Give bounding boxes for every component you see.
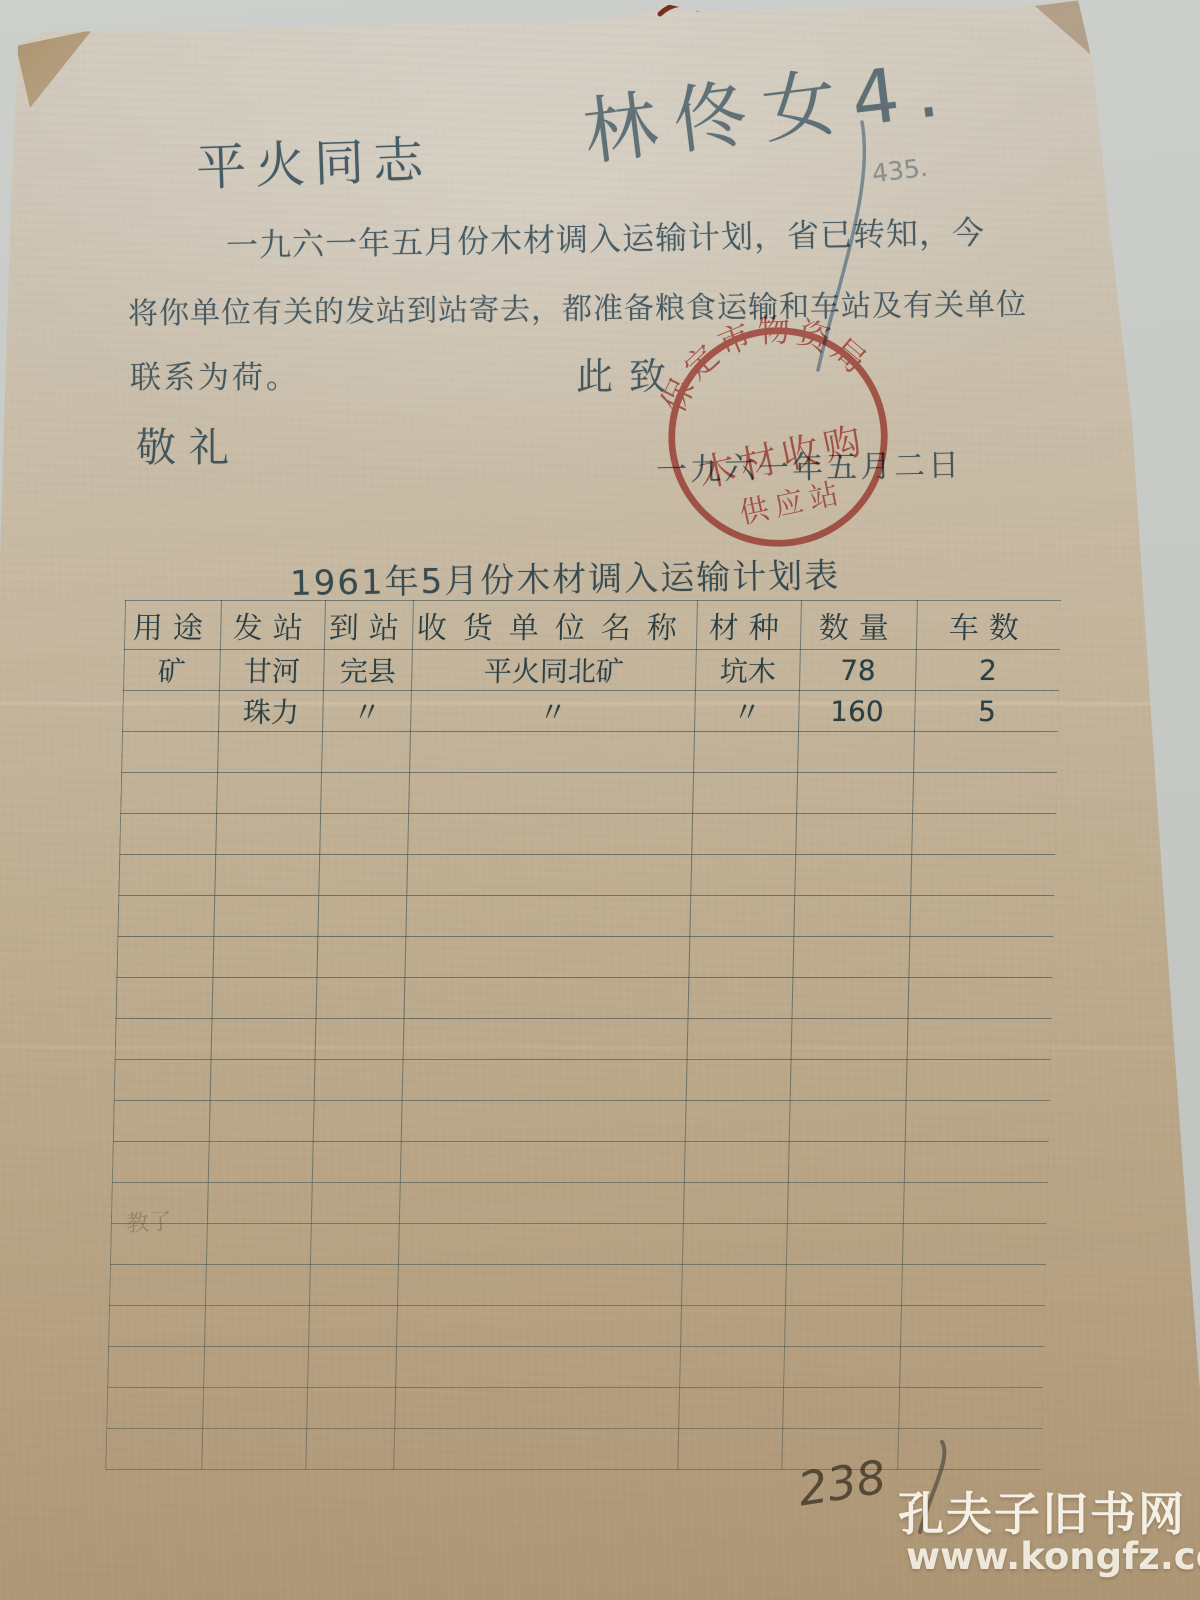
- table-cell: [685, 1101, 790, 1142]
- handwritten-faint-number: 435.: [870, 153, 929, 189]
- table-cell: [400, 1142, 685, 1183]
- table-cell: [795, 855, 912, 896]
- table-cell: [322, 732, 411, 773]
- table-cell: [398, 1224, 683, 1265]
- table-cell: [693, 773, 798, 814]
- table-cell: [901, 1306, 1046, 1347]
- table-cell: [306, 1429, 395, 1470]
- table-cell: [786, 1224, 903, 1265]
- table-row: [115, 1019, 1052, 1060]
- table-cell: [315, 1019, 404, 1060]
- table-cell: [122, 732, 219, 773]
- red-mark-top-edge: [658, 0, 712, 18]
- table-cell: [310, 1224, 399, 1265]
- table-cell: [112, 1142, 209, 1183]
- table-cell: [403, 1019, 688, 1060]
- table-cell: [202, 1429, 307, 1470]
- table-cell: [912, 814, 1057, 855]
- table-row: [111, 1183, 1048, 1224]
- table-cell: [410, 732, 695, 773]
- table-row: [106, 1429, 1043, 1470]
- table-row: [121, 773, 1058, 814]
- table-cell: [205, 1306, 310, 1347]
- table-cell: [117, 937, 214, 978]
- table-cell: 〃: [695, 691, 800, 732]
- table-row: [107, 1388, 1044, 1429]
- table-cell: [397, 1265, 682, 1306]
- table-row: [114, 1060, 1051, 1101]
- table-cell: 78: [799, 650, 916, 691]
- table-cell: [789, 1101, 906, 1142]
- table-cell: 完县: [323, 650, 412, 691]
- table-header-cell: 车数: [916, 601, 1061, 650]
- table-cell: [678, 1429, 783, 1470]
- table-cell: [798, 732, 915, 773]
- table-cell: [109, 1306, 206, 1347]
- table-header-cell: 收货单位名称: [412, 601, 697, 650]
- table-cell: [212, 978, 317, 1019]
- table-cell: [405, 937, 690, 978]
- table-cell: [904, 1142, 1049, 1183]
- table-cell: [687, 1019, 792, 1060]
- table-header-cell: 到站: [324, 601, 413, 650]
- table-cell: [395, 1388, 680, 1429]
- table-header-cell: 发站: [220, 601, 325, 650]
- table-cell: [206, 1224, 311, 1265]
- table-cell: [913, 773, 1058, 814]
- table-cell: [107, 1388, 204, 1429]
- table-cell: [404, 978, 689, 1019]
- table-header-cell: 数量: [800, 601, 917, 650]
- table-row: [110, 1224, 1047, 1265]
- letter-body-line2: 将你单位有关的发站到站寄去，都准备粮食运输和车站及有关单位: [128, 279, 1027, 332]
- table-cell: [394, 1429, 679, 1470]
- watermark-site-url: www.kongfz.com: [906, 1535, 1200, 1578]
- table-cell: [121, 773, 218, 814]
- table-header-cell: 用途: [124, 601, 221, 650]
- table-cell: [902, 1224, 1047, 1265]
- table-cell: [119, 855, 216, 896]
- table-cell: [319, 855, 408, 896]
- table-cell: [691, 855, 796, 896]
- table-cell: [907, 1019, 1052, 1060]
- table-cell: [118, 896, 215, 937]
- table-cell: [688, 978, 793, 1019]
- paper-sheet: 林佟女4. 435. 平火同志 一九六一年五月份木材调入运输计划，省已转知，今 …: [0, 0, 1200, 1600]
- table-cell: [911, 855, 1056, 896]
- table-cell: [214, 896, 319, 937]
- table-body: 矿甘河完县平火同北矿坑木782珠力〃〃〃1605: [106, 650, 1061, 1470]
- table-cell: [311, 1183, 400, 1224]
- table-cell: [791, 1019, 908, 1060]
- table-row: [118, 896, 1055, 937]
- table-cell: [209, 1101, 314, 1142]
- photo-of-document: 林佟女4. 435. 平火同志 一九六一年五月份木材调入运输计划，省已转知，今 …: [0, 0, 1200, 1600]
- table-cell: [910, 896, 1055, 937]
- letter-body-line3: 联系为荷。: [130, 352, 300, 397]
- table-cell: [682, 1224, 787, 1265]
- table-cell: [694, 732, 799, 773]
- table-row: [116, 978, 1053, 1019]
- table-cell: [210, 1060, 315, 1101]
- table-cell: [316, 978, 405, 1019]
- table-cell: [792, 978, 909, 1019]
- table-cell: [681, 1306, 786, 1347]
- table-cell: [681, 1265, 786, 1306]
- table-cell: [318, 896, 407, 937]
- table-cell: [900, 1347, 1045, 1388]
- letter-salutation: 平火同志: [195, 120, 433, 200]
- table-cell: 2: [915, 650, 1060, 691]
- table-cell: [313, 1101, 402, 1142]
- table-cell: [914, 732, 1059, 773]
- table-cell: [905, 1101, 1050, 1142]
- table-row: [119, 855, 1056, 896]
- table-cell: [309, 1306, 398, 1347]
- table-cell: [684, 1142, 789, 1183]
- table-cell: 〃: [411, 691, 696, 732]
- table-cell: [314, 1060, 403, 1101]
- table-header-row: 用途发站到站收货单位名称材种数量车数: [124, 601, 1061, 650]
- table-cell: [115, 1019, 212, 1060]
- table-cell: [908, 978, 1053, 1019]
- table-cell: 珠力: [219, 691, 324, 732]
- table-row: [109, 1265, 1046, 1306]
- table-cell: [909, 937, 1054, 978]
- table-cell: [903, 1183, 1048, 1224]
- table-cell: [794, 896, 911, 937]
- table-cell: [312, 1142, 401, 1183]
- table-row: [120, 814, 1057, 855]
- table-cell: [317, 937, 406, 978]
- table-row: [112, 1142, 1049, 1183]
- table-cell: [401, 1101, 686, 1142]
- table-cell: [113, 1101, 210, 1142]
- table-cell: [218, 732, 323, 773]
- table-cell: [408, 814, 693, 855]
- table-cell: [203, 1388, 308, 1429]
- table-cell: [788, 1142, 905, 1183]
- table-cell: [409, 773, 694, 814]
- table-cell: [407, 855, 692, 896]
- table-cell: [793, 937, 910, 978]
- plan-table-wrap: 用途发站到站收货单位名称材种数量车数 矿甘河完县平火同北矿坑木782珠力〃〃〃1…: [105, 600, 1061, 1470]
- table-cell: 坑木: [695, 650, 800, 691]
- table-cell: [686, 1060, 791, 1101]
- table-cell: [689, 937, 794, 978]
- table-cell: [785, 1265, 902, 1306]
- table-row: [122, 732, 1059, 773]
- table-cell: [204, 1347, 309, 1388]
- table-cell: [114, 1060, 211, 1101]
- table-cell: [397, 1306, 682, 1347]
- table-row: [113, 1101, 1050, 1142]
- table-cell: [692, 814, 797, 855]
- table-row: 珠力〃〃〃1605: [123, 691, 1060, 732]
- table-cell: [783, 1388, 900, 1429]
- table-cell: 平火同北矿: [411, 650, 696, 691]
- table-cell: [123, 691, 220, 732]
- table-cell: [402, 1060, 687, 1101]
- table-cell: [207, 1183, 312, 1224]
- table-cell: [211, 1019, 316, 1060]
- table-cell: 甘河: [219, 650, 324, 691]
- plan-table: 用途发站到站收货单位名称材种数量车数 矿甘河完县平火同北矿坑木782珠力〃〃〃1…: [105, 600, 1062, 1470]
- table-cell: [784, 1347, 901, 1388]
- table-cell: [790, 1060, 907, 1101]
- table-cell: [321, 773, 410, 814]
- table-row: [117, 937, 1054, 978]
- table-cell: [308, 1347, 397, 1388]
- table-cell: [690, 896, 795, 937]
- table-cell: [899, 1388, 1044, 1429]
- table-cell: [796, 814, 913, 855]
- corner-fold-top-left: [0, 0, 120, 120]
- table-cell: [213, 937, 318, 978]
- table-cell: [208, 1142, 313, 1183]
- table-cell: [217, 773, 322, 814]
- table-cell: [679, 1388, 784, 1429]
- table-cell: [396, 1347, 681, 1388]
- table-cell: [787, 1183, 904, 1224]
- table-cell: [109, 1265, 206, 1306]
- table-cell: [309, 1265, 398, 1306]
- table-row: 矿甘河完县平火同北矿坑木782: [123, 650, 1060, 691]
- table-cell: 〃: [323, 691, 412, 732]
- corner-fold-top-right: [1020, 0, 1110, 70]
- table-cell: [683, 1183, 788, 1224]
- table-cell: 矿: [123, 650, 220, 691]
- faint-pencil-mark: 教了: [125, 1203, 173, 1238]
- table-cell: [797, 773, 914, 814]
- table-cell: [120, 814, 217, 855]
- table-cell: [205, 1265, 310, 1306]
- letter-closing-jingli: 敬礼: [136, 416, 242, 473]
- table-cell: [906, 1060, 1051, 1101]
- table-cell: [216, 814, 321, 855]
- table-cell: 160: [799, 691, 916, 732]
- table-row: [108, 1347, 1045, 1388]
- table-cell: [106, 1429, 203, 1470]
- red-office-stamp: 保定市物资局 木材收购 供应站: [625, 288, 931, 587]
- table-cell: [399, 1183, 684, 1224]
- stamp-center-line1: 木材收购: [694, 418, 870, 497]
- table-row: [109, 1306, 1046, 1347]
- table-title: 1961年5月份木材调入运输计划表: [290, 548, 841, 605]
- table-cell: [785, 1306, 902, 1347]
- table-cell: [108, 1347, 205, 1388]
- table-cell: [406, 896, 691, 937]
- table-header-cell: 材种: [696, 601, 801, 650]
- table-cell: [320, 814, 409, 855]
- table-cell: [215, 855, 320, 896]
- table-cell: [116, 978, 213, 1019]
- table-cell: [307, 1388, 396, 1429]
- table-cell: 5: [915, 691, 1060, 732]
- table-cell: [680, 1347, 785, 1388]
- table-cell: [901, 1265, 1046, 1306]
